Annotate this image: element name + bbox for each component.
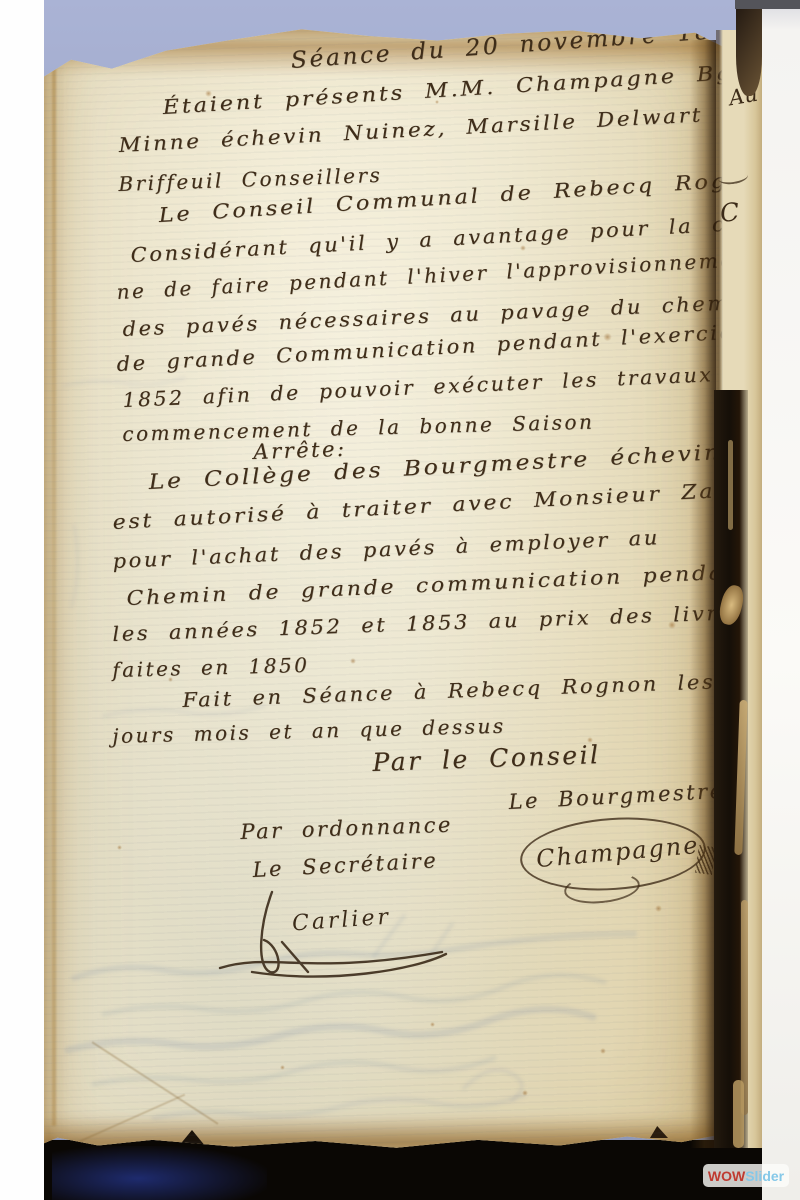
photo-of-manuscript: Séance du 20 novembre 1851 Étaient prése… xyxy=(0,0,800,1200)
bourgmestre-signature: Champagne xyxy=(520,818,706,890)
page-fold-crease xyxy=(92,1041,219,1124)
manuscript-page: Séance du 20 novembre 1851 Étaient prése… xyxy=(44,26,722,1150)
closing-par-ordonnance: Par ordonnance xyxy=(240,813,453,844)
facing-page-stroke-fragment xyxy=(717,168,749,186)
photo-frame-right xyxy=(762,0,800,1200)
book-cover-corner xyxy=(736,8,762,96)
binding-thread xyxy=(733,1080,744,1148)
photo-frame-left xyxy=(0,0,44,1200)
wowslider-watermark[interactable]: WOWSlider xyxy=(703,1164,789,1187)
watermark-slider-text: Slider xyxy=(745,1168,784,1184)
photo-top-right-edge xyxy=(735,0,800,9)
closing-par-le-conseil: Par le Conseil xyxy=(372,740,601,777)
manuscript-line: jours mois et an que dessus xyxy=(112,714,506,748)
secretaire-signature: Carlier xyxy=(210,882,460,992)
facing-page-text-fragment: C xyxy=(719,197,741,228)
signature-flourish-strokes xyxy=(210,882,460,992)
watermark-wow-text: WOW xyxy=(708,1168,745,1184)
manuscript-line: faites en 1850 xyxy=(112,653,310,682)
manuscript-line: commencement de la bonne Saison xyxy=(122,410,595,446)
closing-secretaire-title: Le Secrétaire xyxy=(252,848,439,882)
book-gutter-shadow xyxy=(690,40,716,1148)
binding-thread xyxy=(728,440,733,530)
page-left-crease xyxy=(52,56,56,1126)
book-bottom-shadow xyxy=(44,1140,762,1200)
book-cover-navy-edge xyxy=(52,1146,267,1200)
